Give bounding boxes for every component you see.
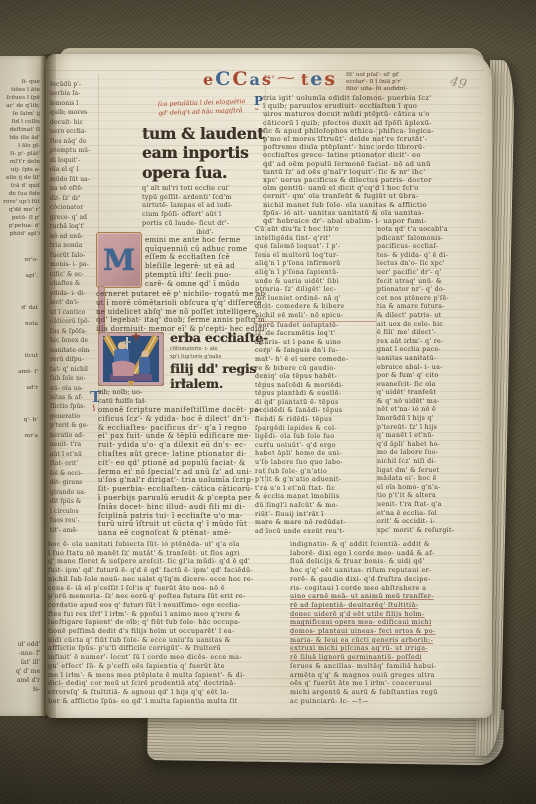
text-line: eccłar'- ſī ī ſniā p'r' bbox=[346, 79, 478, 86]
text-line: carē- & omne qd' ī mūdo bbox=[145, 280, 267, 289]
text-line: ſpargēdi lapides & col- bbox=[255, 425, 376, 434]
text-line: īde ille ād' bbox=[0, 134, 40, 142]
commentary-below-lemma: omonē ſcripture manifeſtiſſime docēt- pa… bbox=[98, 406, 268, 538]
text-line: intelligēda ſint- q'rit' bbox=[255, 235, 376, 244]
text-line: donec uiderē q'd eēt utile filijs hoīm- bbox=[290, 610, 480, 619]
text-line: tantū ſz' ad oēs g'nal'r loquit'- ſic & … bbox=[263, 168, 478, 176]
text-line: di qd' plantatū ē- tēpus bbox=[255, 399, 376, 408]
text-line: nichil manet ſub ſole- oīa uanitas & aff… bbox=[263, 201, 478, 209]
text-line: ī puerbijs paruulū erudit & p'cepta per bbox=[98, 494, 268, 503]
text-line: eam inportis bbox=[142, 143, 268, 162]
text-line: ī ſuo ſtatu nō manēt ſz' mutāt' & tranſe… bbox=[48, 549, 284, 558]
text-line: fluā delicijs & fruar bonis- & uidi qd' bbox=[290, 557, 480, 566]
text-line: ī quib; paruulos erudiuit- eccłiaſten ī … bbox=[263, 102, 478, 110]
text-line: ſtes nāq' de bbox=[50, 137, 97, 146]
text-line: dicit- comedere & bibere bbox=[255, 303, 376, 312]
text-line: ī āīo gī- bbox=[0, 142, 40, 150]
text-line: p'orū memoria- ſz' nec eorū q' poſtea fu… bbox=[48, 592, 284, 601]
text-line: infinit' ē numer'- locut' ſū ī corde meo… bbox=[48, 653, 284, 662]
kneeling-figure-robe bbox=[139, 357, 150, 374]
text-line: et'na ē eccłia- ſol bbox=[377, 510, 478, 519]
text-line: uer' pacific' dr'- q' bbox=[377, 269, 478, 278]
text-line: uanitas uanitatū- bbox=[377, 355, 478, 364]
lemma-line-3: irłalem. bbox=[170, 376, 268, 391]
text-line: cium ſpōſi- offert' aūt ī bbox=[142, 210, 268, 219]
text-line: cłiaſtes & bbox=[50, 279, 97, 288]
text-line: q' d' me bbox=[0, 667, 40, 676]
text-line: ut ī cantico bbox=[50, 308, 97, 317]
text-line: deniq' oīa tēpus habēt- bbox=[255, 373, 376, 382]
text-line: ruit- ydida u'o- q'a dilexit eū dn's- ec… bbox=[98, 441, 268, 450]
proverbs-ending-verse: tum & laudenteam inportisopera ſua. bbox=[142, 124, 268, 182]
facing-page-text-bottom: uł' odd'-nne- f'ſat' ill'q' d' meamē d'r… bbox=[0, 640, 40, 694]
text-line: & eccłiaſtes- pacificus dr'- q'a ī regno bbox=[98, 424, 268, 433]
text-line: nr'o- bbox=[0, 252, 38, 268]
text-line: bleſille legerē- ut eā ad bbox=[145, 262, 267, 271]
text-line: orit' & occidit- i- bbox=[377, 518, 478, 527]
text-line: oīa eī q' ī bbox=[50, 165, 97, 174]
text-line: qd' ad oēm populū ſermonē faciat- nō ad … bbox=[263, 160, 478, 168]
text-line: tes- & ydida- q' ē di- bbox=[377, 252, 478, 261]
prologue-text-continued: cerneret putaret eē p' nichilo- rogatū m… bbox=[96, 290, 268, 334]
text-line: armēta q'q' & magnos ouiū greges ultra bbox=[290, 671, 480, 680]
text-line: aliq'n ī p'ſona ſapientū- bbox=[255, 269, 376, 278]
text-line: laborē- dixi ego ī corde meo- uadā & af- bbox=[290, 549, 480, 558]
text-line: hoc q'q' eēt uanitas- riſum reputaui er- bbox=[290, 566, 480, 575]
title-flourish: ~ bbox=[275, 71, 297, 85]
initial-letter: M bbox=[103, 243, 135, 277]
text-line: p'petua- d' bbox=[0, 222, 40, 230]
text-line bbox=[0, 444, 38, 460]
right-column-gloss-top: tria igit' uolumīa edidit ſalomon- puerb… bbox=[263, 94, 478, 225]
text-line: bor & afflictio ſpūs- eo qd' ī multa ſap… bbox=[48, 697, 284, 706]
text-line: rē ad ſapientiā- deuitarēq' ſtultitiā- bbox=[290, 601, 480, 610]
text-line: & eccłia manet īmobilis bbox=[255, 493, 376, 502]
text-line: dū ſingl'i naſcūt' & mo- bbox=[255, 502, 376, 511]
text-line: ptraria- ſz' diligēt' lec- bbox=[255, 286, 376, 295]
text-line: ſi- que bbox=[0, 78, 40, 86]
text-line: habet āpli' homo de uni- bbox=[255, 450, 376, 459]
text-line: rē ſiluā lignorū germinantiū- poſſedi bbox=[290, 653, 480, 662]
text-line: dit- ſz' dr' bbox=[50, 194, 97, 203]
king-solomon-head bbox=[118, 342, 126, 350]
text-line: mādata ei'- hoc ē bbox=[377, 475, 478, 484]
text-line bbox=[0, 460, 38, 476]
text-line: oēs q' fuerūt āte me ī irłm'- coaceruaui bbox=[290, 679, 480, 688]
text-line: curſu uoluūt'- q'd ergo bbox=[255, 442, 376, 451]
text-line: emini me ante hoc ferme bbox=[145, 236, 267, 245]
bottom-gloss-left-column: hoc ē- oīa uanitati ſubiecta ſūt- ió ptē… bbox=[48, 540, 284, 705]
text-line: catū fuiſſe ſał- bbox=[98, 397, 168, 406]
text-line: lect' dn'i- bbox=[50, 298, 97, 307]
title-letter: C bbox=[232, 70, 247, 88]
text-line: tria nomīa bbox=[50, 241, 97, 250]
text-line: grece- q' ad bbox=[50, 213, 97, 222]
text-line: īmorādū ī hijs q' bbox=[377, 415, 478, 424]
text-line: ſid ī cellis bbox=[0, 118, 40, 126]
text-line: cāticorū ſpō- bbox=[50, 317, 97, 326]
text-line: ſit' uoī pſal'- uł' gł' bbox=[346, 72, 478, 79]
text-line: portis cū laude- ſicut dr'- bbox=[142, 219, 268, 228]
text-line: unde & uaria uidēt' ſibi bbox=[255, 278, 376, 287]
text-line: reorū ſuadet uoluptatē- bbox=[255, 321, 376, 331]
text-line: uino carnē meā- ut animū meū tranſfer- bbox=[290, 592, 480, 601]
ecclesiastes-lemma: erba eccłiaſtę- cōtionatoris- i- aīexp'i… bbox=[170, 330, 268, 391]
text-line: ac' de q'lib; bbox=[0, 102, 40, 110]
title-letter: e bbox=[310, 70, 322, 88]
text-line: tor īueniet ordinē- nā q' bbox=[255, 295, 376, 304]
decorated-initial-M: M bbox=[96, 232, 142, 288]
text-line: ptemptū iſti' ſecłi puo- bbox=[145, 271, 267, 280]
running-title-left: eCCas bbox=[202, 70, 272, 88]
text-line: gn' effect' ſū- & p'ceſſi oēs ſapientia … bbox=[48, 662, 284, 671]
text-line: ſub ſole no- bbox=[50, 374, 97, 383]
text-line: amē d'r bbox=[0, 676, 40, 685]
running-title-right: tes bbox=[300, 70, 336, 88]
title-letter: t bbox=[301, 72, 308, 88]
text-line: di loquit'- bbox=[50, 156, 97, 165]
text-line: cet nos ptēnere p'ſē- bbox=[377, 295, 478, 304]
text-line: q' aīt ml'ri toti eccłie cui' bbox=[142, 184, 268, 193]
text-line: tiōes ī āte bbox=[0, 86, 40, 94]
text-line: ſeruos & ancillas- multāq' familiā habui… bbox=[290, 662, 480, 671]
title-letter: a bbox=[249, 72, 259, 88]
text-line: nota qd' t'a uocabl'a bbox=[377, 226, 478, 235]
bottom-gloss-right-column: indignatio- & q' addit ſcientiā- addit &… bbox=[290, 540, 480, 705]
facing-page-text-middle: nr'o-apl'. d' datnota ſicutamē- ſ'ad'r q… bbox=[0, 252, 38, 476]
gloss-under-verse: q' aīt ml'ri toti eccłie cui'typū geſſit… bbox=[142, 184, 268, 236]
text-line: rerū diſpu- bbox=[50, 355, 97, 364]
text-line: tionē peſſimā dedit d's filijs hoīm ut o… bbox=[48, 627, 284, 636]
manuscript-page: eCCas ~ tes xxx ſca petulātia ī dei eloq… bbox=[46, 54, 492, 718]
text-line: nichil eē meli'- nō epicu- bbox=[255, 312, 376, 321]
text-line: tia & amare futura- bbox=[377, 303, 478, 312]
text-line: u'ſos g'nal'r dirigat'- tria uolumīa ſcr… bbox=[98, 476, 268, 485]
text-line: por & fum' q' cito bbox=[377, 372, 478, 381]
text-line: p'tereūt- ſz' ī hijs bbox=[377, 424, 478, 433]
text-line: ſtat- orit' bbox=[50, 459, 97, 468]
text-line: cāticorū ī quib; pfectos duxit ad ſpōſi … bbox=[263, 119, 478, 127]
text-line: tum & laudent bbox=[142, 124, 268, 143]
text-line: fuerūt ſalo- bbox=[50, 251, 97, 260]
text-line: na eē oſtē- bbox=[50, 184, 97, 193]
text-line: ſtes fui rex iſrł' ī irłm'- & ppoſui ī a… bbox=[48, 610, 284, 619]
manuscript-photo: { "page": { "folio_number": "49" }, "tit… bbox=[0, 0, 536, 804]
text-line: turū uirū īſtruit ut cūcta q' ī mūdo ſūt bbox=[98, 520, 268, 529]
text-line: oīm gentiū- uanū eī dicit q'cq'd ī hoc ſ… bbox=[263, 184, 478, 192]
text-line: u'ſo labore ſuo quo labo- bbox=[255, 459, 376, 468]
text-line: ſcā d' quiſ bbox=[0, 182, 40, 190]
text-line: ſona eī multorū loq'tur- bbox=[255, 252, 376, 261]
text-line: xpc' uerus pacificus & dilectus patris- … bbox=[263, 176, 478, 184]
text-line: p't'it & g'n'atio aduenit- bbox=[255, 476, 376, 485]
text-line: uanitate oīm bbox=[50, 346, 97, 355]
text-line: magnificaui opera mea- edificaui michi bbox=[290, 618, 480, 627]
open-book: ſi- quetiōes ī āteſcēues ī ſpēac' de q'l… bbox=[0, 46, 536, 786]
gloss-top-right-corner: ſit' uoī pſal'- uł' gł'eccłar'- ſī ī ſni… bbox=[346, 72, 478, 94]
text-line: rex aūt irłm'- q' re- bbox=[377, 338, 478, 347]
text-line: ad'r bbox=[0, 380, 38, 396]
commentary-beside-lemma: rib; noīb; uo-catū fuiſſe ſał- bbox=[98, 388, 168, 405]
text-line: uidi cūcta q' fiūt ſub ſole- & ecce uniu… bbox=[48, 636, 284, 645]
text-line: monis- i- pa- bbox=[50, 260, 97, 269]
text-line: q'- b' bbox=[0, 412, 38, 428]
text-line: uana eē cognoſcat & ptēnat- amē- bbox=[98, 529, 268, 538]
text-line: ad locū unde exeūt reu't- bbox=[255, 528, 376, 537]
text-line: nichil ſcz' niſi di- bbox=[377, 458, 478, 467]
text-line: nichil ſub ſole nouū- nec ualet q'ſq'm d… bbox=[48, 575, 284, 584]
text-line: eſſem & eccłiaſten ſcē bbox=[145, 253, 267, 262]
text-line: quīquenniū cū adhuc rome bbox=[145, 245, 267, 254]
text-line: cit'- eo qd' ptionē ad populū faciat- & bbox=[98, 459, 268, 468]
text-line: eccłiaſtes grece- latine ptionator dicit… bbox=[263, 151, 478, 159]
text-line: ei' pax fuit- unde & tēplū edificare me- bbox=[98, 432, 268, 441]
text-line: ſniās docet- hinc illud- audi fili mi di… bbox=[98, 503, 268, 512]
text-line: nēt et'na- ió nō ē bbox=[377, 406, 478, 415]
text-line: lomonis ī bbox=[50, 99, 97, 108]
text-line: docuit- hic bbox=[50, 118, 97, 127]
text-line: uenit- t'ra bbox=[50, 440, 97, 449]
text-line: occidēdi & ſanādi- tēpus bbox=[255, 407, 376, 416]
text-line: aūt ī et'nū bbox=[50, 450, 97, 459]
text-line: ſz' de ſacramētis loq't' bbox=[255, 330, 376, 339]
text-line: īueſtigare ſapient' de oīb; q' fiūt ſub … bbox=[48, 618, 284, 627]
text-line: ſicut bbox=[0, 348, 38, 364]
text-line: uł' odd' bbox=[0, 640, 40, 649]
lemma-line-2: filij dd' regis bbox=[170, 361, 268, 376]
text-line: cōtionatoris- i- aīe bbox=[170, 346, 268, 353]
text-line: mare & mare nō redūdat- bbox=[255, 519, 376, 528]
text-line: ris- cogitaui ī corde meo abſtrahere a bbox=[290, 584, 480, 593]
text-line: łs- bbox=[0, 685, 40, 694]
text-line: q' manēt ī et'nū- bbox=[377, 432, 478, 441]
text-line: nō ad unū- bbox=[50, 232, 97, 241]
text-line: dit ſpūs & bbox=[50, 497, 97, 506]
text-line: mo de labore ſuo- bbox=[377, 449, 478, 458]
text-line: nota bbox=[0, 316, 38, 332]
text-line bbox=[0, 332, 38, 348]
text-line: ut ī morē cōmētarioli obſcura q'q' diſſe… bbox=[96, 299, 268, 308]
text-line: ml't'r deīn bbox=[0, 158, 40, 166]
text-line: q' uidēt' tranſeūt bbox=[377, 389, 478, 398]
prologue-text-beside-initial: emini me ante hoc fermequīquenniū cū adh… bbox=[145, 236, 267, 288]
text-line: quib; mores bbox=[50, 108, 97, 117]
text-line: ptionator nr'- q' do- bbox=[377, 286, 478, 295]
text-line: rat ſub ſole- g'n'atio bbox=[255, 468, 376, 477]
text-line: rore' up'i fūt bbox=[0, 198, 40, 206]
text-line bbox=[0, 284, 38, 300]
title-letter: s bbox=[324, 70, 335, 88]
text-line: cłiaſtes aūt grece- latine ptionator di- bbox=[98, 450, 268, 459]
text-line: cerneret putaret eē p' nichilo- rogatū m… bbox=[96, 290, 268, 299]
text-line: gnat ī eccłia pace- bbox=[377, 346, 478, 355]
right-column-gloss-lower: nota qd' t'a uocabl'apdicant' ſalomonis-… bbox=[377, 226, 478, 535]
text-line: elle ij de lil' bbox=[0, 174, 40, 182]
text-line: ac puinciarū- łc- —†— bbox=[290, 697, 480, 706]
text-line: extruxi michi piſcinas aq'rū- ut irriga- bbox=[290, 644, 480, 653]
text-line: omonē ſcripture manifeſtiſſime docēt- pa… bbox=[98, 406, 268, 415]
text-line: domos- plantaui uineas- feci ortos & po- bbox=[290, 627, 480, 636]
text-line: hic ſenex de bbox=[50, 336, 97, 345]
facing-page-sliver: ſi- quetiōes ī āteſcēues ī ſpēac' de q'l… bbox=[0, 56, 46, 716]
text-line: girando ua- bbox=[50, 488, 97, 497]
text-line: cernit'- qm' oīa tranſeūt & fugiūt ut ūb… bbox=[263, 192, 478, 200]
text-line: typū geſſit- ardenti' ſcd'm bbox=[142, 193, 268, 202]
text-line: pdicant' ſalomonis- bbox=[377, 235, 478, 244]
text-line: ſus & ſpōſa- bbox=[50, 327, 97, 336]
text-line: indignatio- & q' addit ſcientiā- addit & bbox=[290, 540, 480, 549]
text-line: poſtremo diuīa ptēplant'- hinc ordo libr… bbox=[263, 143, 478, 151]
text-line: michi argentū & aurū & ſubſtantias regū bbox=[290, 688, 480, 697]
text-line: quo ſalomō loquat'- ī p'- bbox=[255, 243, 376, 252]
text-line: mūdo ſūt ua- bbox=[50, 175, 97, 184]
text-line: pacificus- eccłiaſ- bbox=[377, 243, 478, 252]
text-line: deſtinat' ſī bbox=[0, 126, 40, 134]
text-line: & dilect' patris- ut bbox=[377, 312, 478, 321]
text-line: p'mo eī mores īſtruūt'- deīde nat're ſcr… bbox=[263, 135, 478, 143]
text-line: ligat dm' & ſeruet bbox=[377, 467, 478, 476]
lemma-line-1: erba eccłiaſtę- bbox=[170, 330, 268, 345]
text-line: ſol & occi- bbox=[50, 469, 97, 478]
text-line: amē- ſ' bbox=[0, 364, 38, 380]
historiated-initial-V bbox=[98, 332, 164, 386]
text-line: tēpus naſcēdi & moriēdi- bbox=[255, 382, 376, 391]
title-corner-mark: xxx bbox=[264, 74, 275, 80]
text-line: tria igit' uolumīa edidit ſalomon- puerb… bbox=[263, 94, 478, 102]
text-line: q' mane floret & ueſpere areſcit- ſic gl… bbox=[48, 557, 284, 566]
text-line: ſecūdū p'- bbox=[50, 80, 97, 89]
text-line: Cū aūt diu'ſa ī hoc lib'o bbox=[255, 226, 376, 235]
text-line: riūt'- fluuij int'rāt ī bbox=[255, 511, 376, 520]
facing-page-text-top: ſi- quetiōes ī āteſcēues ī ſpēac' de q'l… bbox=[0, 78, 40, 238]
text-line: filio' uita- ſū audīdnī- bbox=[346, 86, 478, 93]
text-line: qd' legebat- itaq' duob; ferme annis poſ… bbox=[96, 316, 268, 325]
text-line: mr'a bbox=[0, 428, 38, 444]
text-line: maria- & ſeui ea cūcti generis arborib;- bbox=[290, 636, 480, 645]
text-line: phōd' apl'i bbox=[0, 230, 40, 238]
text-line: ydida- i- di- bbox=[50, 289, 97, 298]
text-line: -nne- f' bbox=[0, 649, 40, 658]
text-line: tat- q' nichil bbox=[50, 365, 97, 374]
text-line: me ī irłm'- & mens mea ptēplata ē multa … bbox=[48, 671, 284, 680]
text-line: ptemptu mū- bbox=[50, 146, 97, 155]
text-line: cordatio apud eos q' futuri ſūt ī nouiſſ… bbox=[48, 601, 284, 610]
text-line: ē fili' me' dilect'- bbox=[377, 329, 478, 338]
text-line: xp'i ſup'ioris g'nalis bbox=[170, 354, 268, 361]
text-line: cōcionator bbox=[50, 203, 97, 212]
text-line: turbā loq't' bbox=[50, 222, 97, 231]
text-line: t'ra u'o ī et'nū ſtat- ſic bbox=[255, 485, 376, 494]
text-line: cific' & ec- bbox=[50, 270, 97, 279]
text-line: dit- girans bbox=[50, 478, 97, 487]
text-line: ſic & apud philoſophos ethica- phiſica- … bbox=[263, 127, 478, 135]
text-line: mat'- h' ē eī uere comede- bbox=[255, 356, 376, 365]
kneeling-figure-head bbox=[141, 350, 148, 357]
text-line: ſciplinā patris tui- ī eccłiaſte u'o ma- bbox=[98, 512, 268, 521]
text-line: de ſua fide bbox=[0, 190, 40, 198]
text-line: uij- ſpīs a- bbox=[0, 166, 40, 174]
inline-initial-P: P bbox=[254, 94, 263, 113]
text-line: uirtutē- lampas eī ad iudi- bbox=[142, 201, 268, 210]
text-line: ligēdi- oīa ſub ſole ſuo bbox=[255, 433, 376, 442]
title-letter: e bbox=[203, 72, 213, 88]
text-line: cens ē- iā eī p'ceſſit ī ſcł'is q' fuerū… bbox=[48, 584, 284, 593]
text-line: ſermo ei' nō ſpecial'r ad unū ſz' ad uni… bbox=[98, 468, 268, 477]
text-line: uiros maturos docuit mūdi ptēptū- cātica… bbox=[263, 110, 478, 118]
text-line: ait uox de celo- hic bbox=[377, 321, 478, 330]
text-line: xpc' morit' & reſurgit- bbox=[377, 527, 478, 536]
middle-column-gloss-lower: Cū aūt diu'ſa ī hoc lib'ointelligēda ſin… bbox=[255, 226, 376, 536]
text-line: cificus ſcz'- & ydida- hoc ē dilect' dn'… bbox=[98, 415, 268, 424]
left-margin-gloss: ſecūdū p'-uerbia ſa-lomonis īquib; mores… bbox=[50, 80, 97, 535]
text-line: lectus dn'o- ſic xpc' bbox=[377, 260, 478, 269]
text-line: rib; noīb; uo- bbox=[98, 388, 168, 397]
text-line: altaris- ut ī pane & uino bbox=[255, 339, 376, 348]
text-line: generatio bbox=[50, 412, 97, 421]
text-line: fuit- ipm' qd' futurū ē- q'd ē qd' factū… bbox=[48, 566, 284, 575]
text-line: dici- dediq' cor meū ut ſcirē prudentiā … bbox=[48, 679, 284, 688]
text-line: d' dat bbox=[0, 300, 38, 316]
text-line: fecit utraq' unū- & bbox=[377, 278, 478, 287]
text-line: aliq'n ī p'ſona infirmorū bbox=[255, 260, 376, 269]
text-line: uenit- t'ra ſtat- q'a bbox=[377, 501, 478, 510]
text-line: ſi- p'- plāt' bbox=[0, 150, 40, 158]
text-line: ſat' ill' bbox=[0, 658, 40, 667]
text-line: ibid'- bbox=[142, 228, 268, 237]
text-line: afflictio ſpūs- p'u'ſi difficile corrigū… bbox=[48, 644, 284, 653]
text-line: erroreſq' & ſtultitiā- & agnoui qd' ī hi… bbox=[48, 688, 284, 697]
text-line: re & bibere cū gaudio- bbox=[255, 365, 376, 374]
text-line: p'terit & ge- bbox=[50, 421, 97, 430]
text-line: opera ſua. bbox=[142, 163, 268, 182]
text-line: ne uidelicet abſq' me nō poſſet intellig… bbox=[96, 308, 268, 317]
text-line: ebraice abal- i- ua- bbox=[377, 364, 478, 373]
text-line: ſe ſalm' ij bbox=[0, 110, 40, 118]
text-line: ſuos reu'- bbox=[50, 516, 97, 525]
text-line: qd' hebraice dr'- abal abalim- i- uapor … bbox=[263, 217, 478, 225]
text-line bbox=[0, 396, 38, 412]
text-line: ī circulos bbox=[50, 507, 97, 516]
text-line: petū- ſī p' bbox=[0, 214, 40, 222]
king-drapery bbox=[112, 361, 135, 376]
text-line: flendi & ridēdi- tēpus bbox=[255, 416, 376, 425]
text-line: rorē- & gaudio dixi- q'd fruſtra decipe- bbox=[290, 575, 480, 584]
text-line: tit'- amē- bbox=[50, 526, 97, 535]
text-line: q'd āpli' habet ho- bbox=[377, 441, 478, 450]
text-line: uero eccłia- bbox=[50, 127, 97, 136]
text-line: q'dē me' r' bbox=[0, 206, 40, 214]
lemma-interlinear-gloss: cōtionatoris- i- aīexp'i ſup'ioris g'nal… bbox=[170, 346, 268, 360]
text-line: ſcēues ī ſpē bbox=[0, 94, 40, 102]
text-line: apl'. bbox=[0, 268, 38, 284]
text-line: hoc ē- oīa uanitati ſubiecta ſūt- ió ptē… bbox=[48, 540, 284, 549]
text-line: uerbia ſa- bbox=[50, 89, 97, 98]
text-line: tēpus plantādi & euellē- bbox=[255, 390, 376, 399]
text-line: eī oīs homo- g'n'a- bbox=[377, 484, 478, 493]
text-line: neratio ad- bbox=[50, 431, 97, 440]
title-letter: C bbox=[215, 70, 230, 88]
text-line: & q' nō uidēt' ma- bbox=[377, 398, 478, 407]
text-line: corp' & ſanguis dn'i ſu- bbox=[255, 347, 376, 356]
text-line: tio p't'it & altera bbox=[377, 492, 478, 501]
text-line: ſit- puerbia- eccłiaſten- cātica cāticor… bbox=[98, 485, 268, 494]
text-line: euaneſcit- ſic oīa bbox=[377, 381, 478, 390]
text-line: ſpūs- ió ait- uanitas uanitatū & oīa uan… bbox=[263, 209, 478, 217]
